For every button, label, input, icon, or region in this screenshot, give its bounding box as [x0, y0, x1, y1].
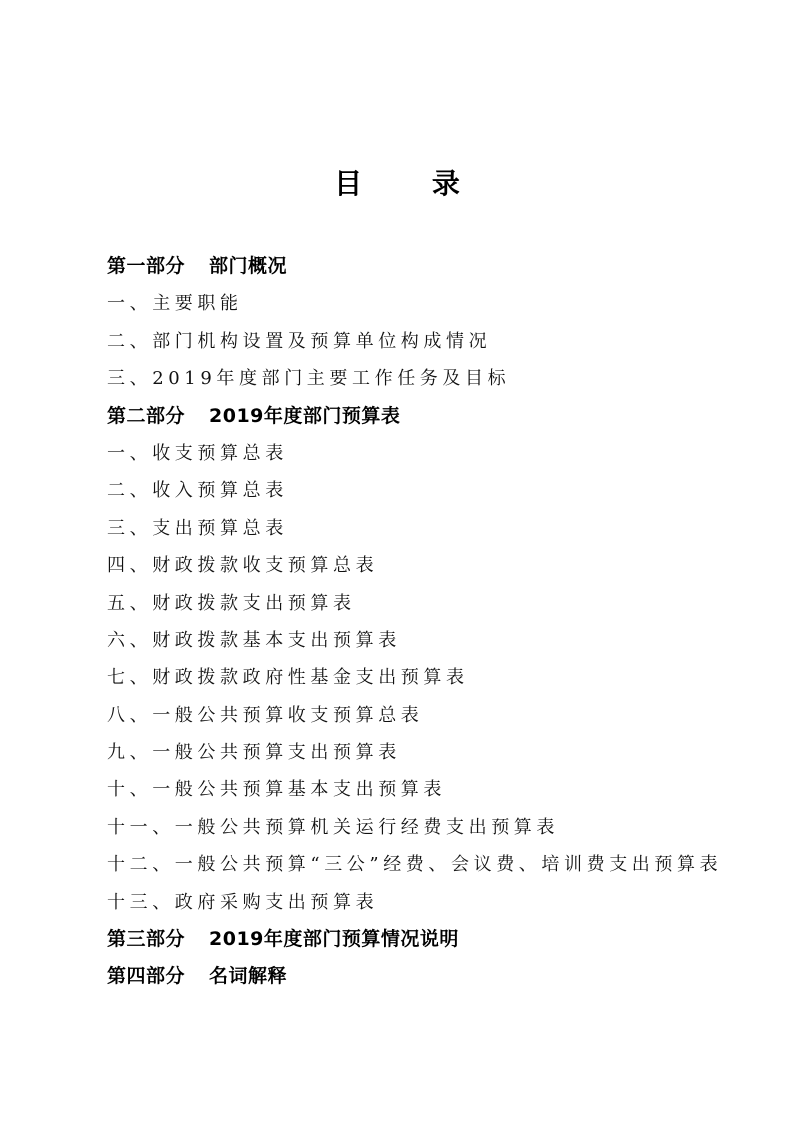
toc-part-1: 第一部分部门概况 [107, 248, 722, 285]
toc-item: 四、财政拨款收支预算总表 [107, 547, 722, 584]
part-title: 部门概况 [209, 255, 287, 277]
toc-item: 二、部门机构设置及预算单位构成情况 [107, 323, 722, 360]
part-title: 2019年度部门预算表 [209, 405, 400, 427]
toc-item: 十、一般公共预算基本支出预算表 [107, 771, 722, 808]
part-title: 2019年度部门预算情况说明 [209, 928, 459, 950]
toc-item: 三、2019年度部门主要工作任务及目标 [107, 360, 722, 397]
part-title: 名词解释 [209, 965, 287, 987]
page-title: 目 录 [0, 166, 794, 202]
toc-part-3: 第三部分2019年度部门预算情况说明 [107, 921, 722, 958]
toc-item: 十三、政府采购支出预算表 [107, 884, 722, 921]
table-of-contents: 第一部分部门概况 一、主要职能 二、部门机构设置及预算单位构成情况 三、2019… [107, 248, 722, 996]
toc-item: 十二、一般公共预算“三公”经费、会议费、培训费支出预算表 [107, 846, 722, 883]
toc-item: 六、财政拨款基本支出预算表 [107, 622, 722, 659]
part-label: 第三部分 [107, 921, 185, 958]
toc-item: 二、收入预算总表 [107, 472, 722, 509]
toc-item: 八、一般公共预算收支预算总表 [107, 697, 722, 734]
toc-item: 十一、一般公共预算机关运行经费支出预算表 [107, 809, 722, 846]
part-label: 第四部分 [107, 958, 185, 995]
toc-item: 一、主要职能 [107, 285, 722, 322]
toc-part-2: 第二部分2019年度部门预算表 [107, 398, 722, 435]
toc-item: 三、支出预算总表 [107, 510, 722, 547]
toc-item: 九、一般公共预算支出预算表 [107, 734, 722, 771]
toc-item: 一、收支预算总表 [107, 435, 722, 472]
document-page: 目 录 第一部分部门概况 一、主要职能 二、部门机构设置及预算单位构成情况 三、… [0, 0, 794, 1123]
part-label: 第一部分 [107, 248, 185, 285]
toc-item: 七、财政拨款政府性基金支出预算表 [107, 659, 722, 696]
toc-item: 五、财政拨款支出预算表 [107, 585, 722, 622]
part-label: 第二部分 [107, 398, 185, 435]
toc-part-4: 第四部分名词解释 [107, 958, 722, 995]
